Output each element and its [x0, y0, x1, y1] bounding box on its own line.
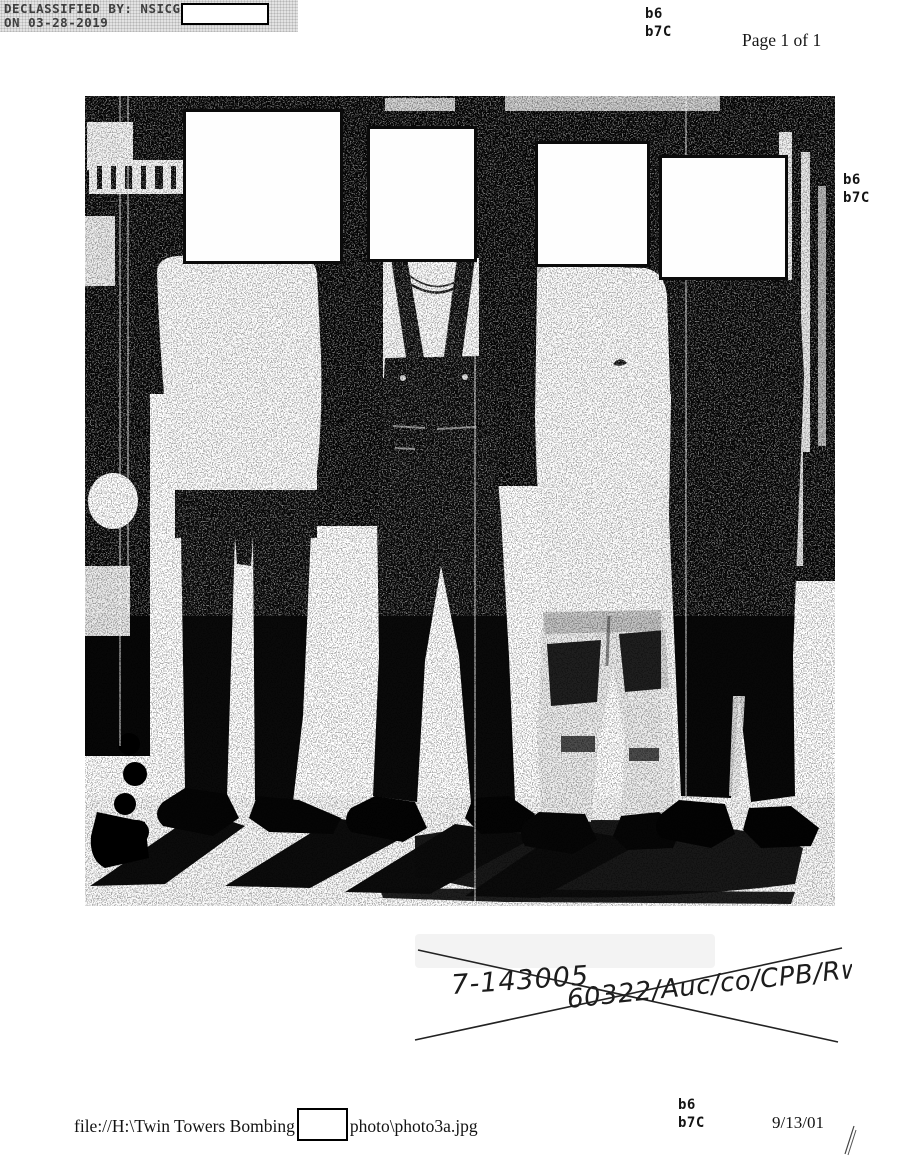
exemption-codes-footer: b6 b7C [678, 1097, 705, 1132]
photo [85, 96, 835, 928]
file-path-redaction-box [297, 1108, 348, 1141]
code-b7c: b7C [678, 1115, 705, 1133]
code-b6: b6 [678, 1097, 705, 1115]
code-b7c: b7C [843, 190, 870, 208]
face-redaction-box-4 [659, 155, 788, 280]
exemption-codes-side: b6 b7C [843, 172, 870, 207]
file-path: file://H:\Twin Towers Bombingphoto\photo… [74, 1108, 478, 1141]
handwritten-annotation: 7-143005 60322/Auc/co/CPB/Rw [400, 928, 852, 1058]
stamp-redaction-box [181, 3, 269, 25]
exemption-codes-top: b6 b7C [645, 6, 672, 41]
annotation-svg: 7-143005 60322/Auc/co/CPB/Rw [400, 928, 852, 1058]
code-b6: b6 [843, 172, 870, 190]
face-redaction-box-3 [535, 141, 650, 267]
code-b6: b6 [645, 6, 672, 24]
face-redaction-box-2 [367, 126, 477, 262]
page-number: Page 1 of 1 [742, 30, 821, 51]
code-b7c: b7C [645, 24, 672, 42]
face-redaction-box-1 [183, 109, 343, 264]
file-path-suffix: photo\photo3a.jpg [350, 1116, 478, 1136]
pen-mark [842, 1122, 858, 1158]
document-page: DECLASSIFIED BY: NSICG ON 03-28-2019 b6 … [0, 0, 904, 1169]
file-path-prefix: file://H:\Twin Towers Bombing [74, 1116, 295, 1136]
date: 9/13/01 [772, 1113, 824, 1133]
